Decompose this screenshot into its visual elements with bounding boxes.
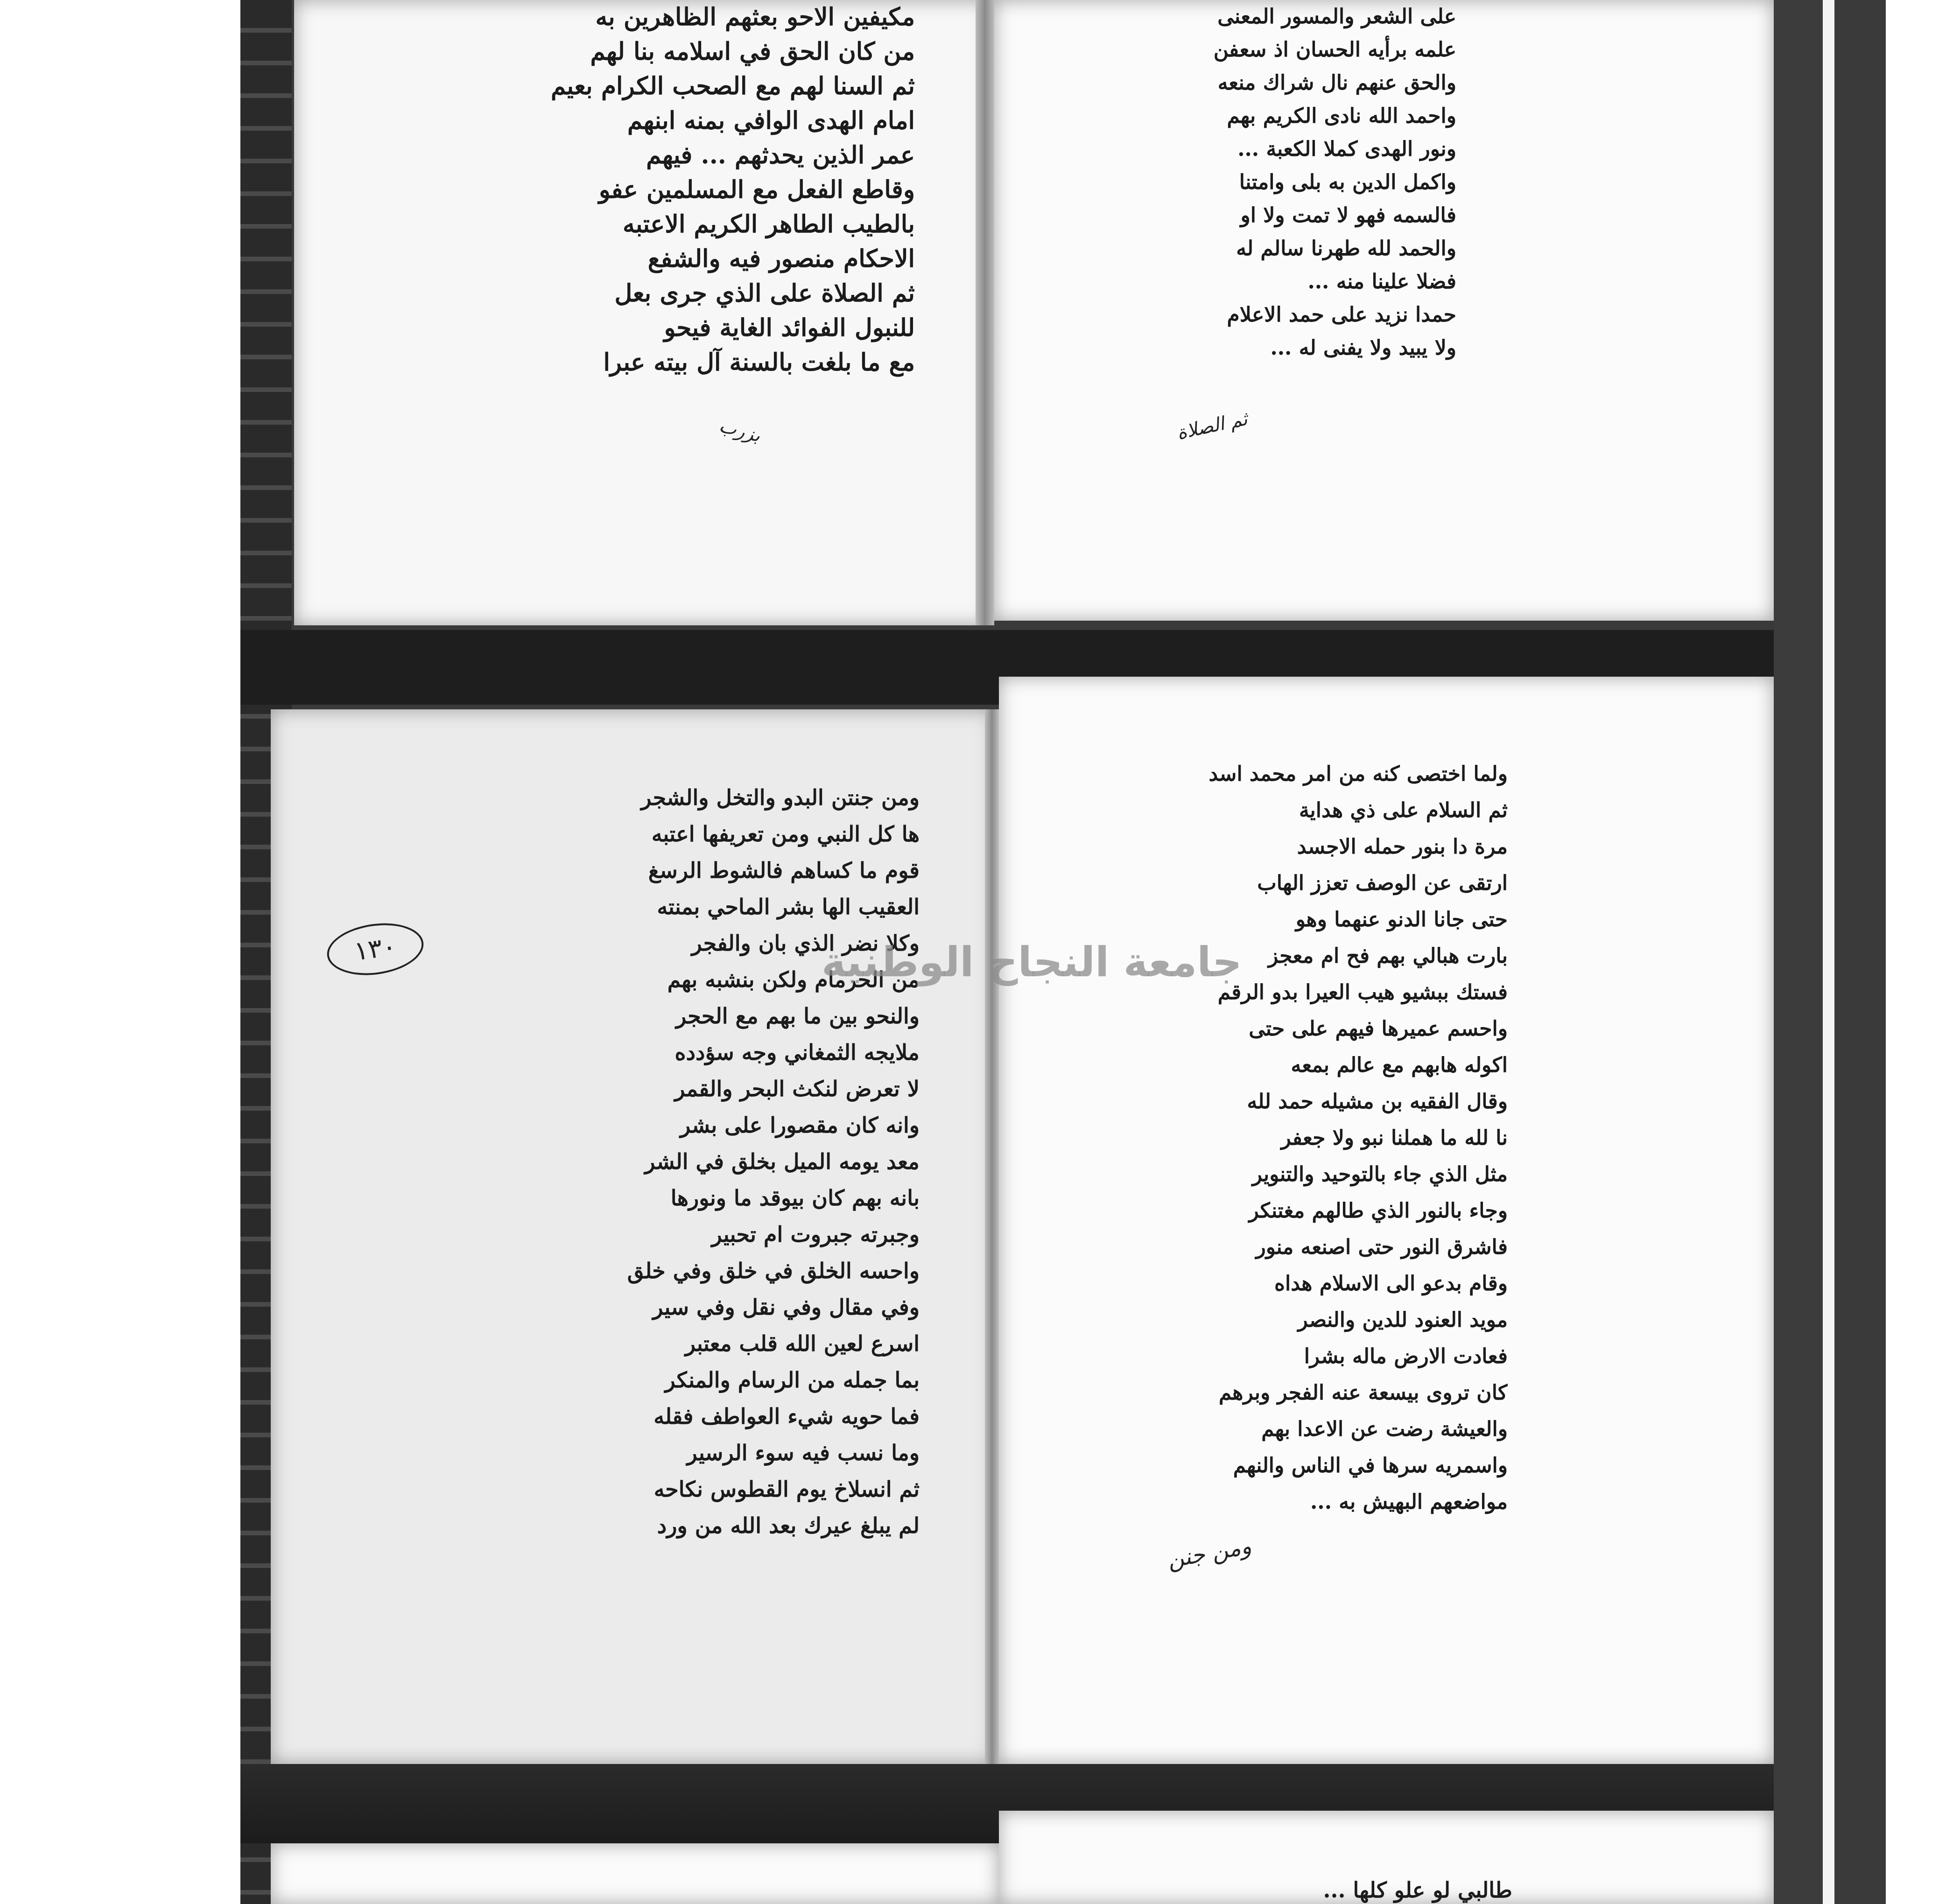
text-line: ثم السلام على ذي هداية [1041, 792, 1508, 829]
text-line: وقاطع الفعل مع المسلمين عفو [471, 173, 915, 207]
text-line: الاحكام منصور فيه والشفع [471, 242, 915, 276]
text-line: والحمد لله طهرنا سالم له [1120, 232, 1456, 265]
top-spine [976, 0, 994, 625]
text-line: واكمل الدين به بلى وامتنا [1120, 166, 1456, 199]
text-line: مع ما بلغت بالسنة آل بيته عبرا [471, 345, 915, 380]
text-line: ها كل النبي ومن تعريفها اعتبه [471, 816, 920, 852]
text-line: وما نسب فيه سوء الرسير [471, 1435, 920, 1471]
text-line: واحسه الخلق في خلق وفي خلق [471, 1253, 920, 1289]
text-line: على الشعر والمسور المعنى [1120, 0, 1456, 33]
text-line: امام الهدى الوافي بمنه ابنهم [471, 104, 915, 138]
text-line: لم يبلغ عيرك بعد الله من ورد [471, 1507, 920, 1544]
bottom-left-page [271, 1843, 999, 1904]
text-line: وفي مقال وفي نقل وفي سير [471, 1289, 920, 1325]
text-line: وقال الفقيه بن مشيله حمد لله [1041, 1084, 1508, 1120]
text-line: واسمريه سرها في الناس والنهم [1041, 1448, 1508, 1484]
text-line: اكوله هابهم مع عالم بمعه [1041, 1047, 1508, 1084]
text-line: بانه بهم كان بيوقد ما ونورها [471, 1180, 920, 1216]
text-line: وجبرته جبروت ام تحبير [471, 1216, 920, 1253]
watermark: جامعة النجاح الوطنية [822, 938, 1242, 986]
text-line: قوم ما كساهم فالشوط الرسغ [471, 852, 920, 889]
top-right-text-block: على الشعر والمسور المعنى علمه برأيه الحس… [1120, 0, 1456, 378]
text-line: ثم الصلاة على الذي جرى بعل [471, 276, 915, 311]
text-line: العقيب الها بشر الماحي بمنته [471, 889, 920, 925]
text-line: اسرع لعين الله قلب معتبر [471, 1325, 920, 1362]
text-line: بما جمله من الرسام والمنكر [471, 1362, 920, 1398]
film-edge-right [1774, 0, 1886, 1904]
middle-spine [985, 709, 999, 1764]
text-line: من كان الحق في اسلامه بنا لهم [471, 35, 915, 69]
text-line: علمه برأيه الحسان اذ سعفن [1120, 33, 1456, 66]
middle-right-text-block: ولما اختصى كنه من امر محمد اسد ثم السلام… [1041, 756, 1508, 1531]
text-line: ارتقى عن الوصف تعزز الهاب [1041, 865, 1508, 902]
text-line: ونور الهدى كملا الكعبة ... [1120, 133, 1456, 166]
text-line: مويد العنود للدين والنصر [1041, 1302, 1508, 1338]
text-line: ملايجه الثمغاني وجه سؤدده [471, 1034, 920, 1071]
text-line: فما حويه شيء العواطف فقله [471, 1398, 920, 1435]
text-line: واحمد الله نادى الكريم بهم [1120, 99, 1456, 133]
text-line: معد يومه الميل بخلق في الشر [471, 1143, 920, 1180]
text-line: ولما اختصى كنه من امر محمد اسد [1041, 756, 1508, 792]
text-line: وجاء بالنور الذي طالهم مغتنكر [1041, 1193, 1508, 1229]
text-line: لا تعرض لنكث البحر والقمر [471, 1071, 920, 1107]
text-line: مرة دا بنور حمله الاجسد [1041, 829, 1508, 865]
text-line: مثل الذي جاء بالتوحيد والتنوير [1041, 1156, 1508, 1193]
text-line: ثم انسلاخ يوم القطوس نكاحه [471, 1471, 920, 1507]
text-line: للنبول الفوائد الغاية فيحو [471, 311, 915, 345]
text-line: مواضعهم البهيش به ... [1041, 1484, 1508, 1520]
text-line: واحسم عميرها فيهم على حتى [1041, 1011, 1508, 1047]
text-line: والعيشة رضت عن الاعدا بهم [1041, 1411, 1508, 1448]
text-line: فعادت الارض ماله بشرا [1041, 1338, 1508, 1375]
text-line: ثم السنا لهم مع الصحب الكرام بعيم [471, 69, 915, 104]
text-line: والنحو بين ما بهم مع الحجر [471, 998, 920, 1034]
text-line: مكيفين الاحو بعثهم الظاهرين به [471, 0, 915, 35]
text-line: ولا يبيد ولا يفنى له ... [1120, 331, 1456, 364]
text-line: وانه كان مقصورا على بشر [471, 1107, 920, 1143]
text-line: بالطيب الطاهر الكريم الاعتبه [471, 207, 915, 242]
text-line: عمر الذين يحدثهم ... فيهم [471, 138, 915, 173]
text-line: نا لله ما هملنا نبو ولا جعفر [1041, 1120, 1508, 1156]
text-line: والحق عنهم نال شراك منعه [1120, 66, 1456, 99]
text-line: فضلا علينا منه ... [1120, 265, 1456, 298]
text-line: حتى جانا الدنو عنهما وهو [1041, 902, 1508, 938]
text-line: حمدا نزيد على حمد الاعلام [1120, 298, 1456, 331]
text-line: فاشرق النور حتى اصنعه منور [1041, 1229, 1508, 1266]
middle-left-text-block: ومن جنتن البدو والتخل والشجر ها كل النبي… [471, 779, 920, 1545]
text-line: كان تروى بيسعة عنه الفجر وبرهم [1041, 1375, 1508, 1411]
top-left-text-block: مكيفين الاحو بعثهم الظاهرين به من كان ال… [471, 0, 915, 387]
text-line: طالبي لو علو كلها ... [1139, 1876, 1512, 1904]
bottom-right-text-block: طالبي لو علو كلها ... [1139, 1876, 1512, 1904]
text-line: فالسمه فهو لا تمت ولا او [1120, 199, 1456, 232]
text-line: وقام بدعو الى الاسلام هداه [1041, 1266, 1508, 1302]
text-line: ومن جنتن البدو والتخل والشجر [471, 779, 920, 816]
